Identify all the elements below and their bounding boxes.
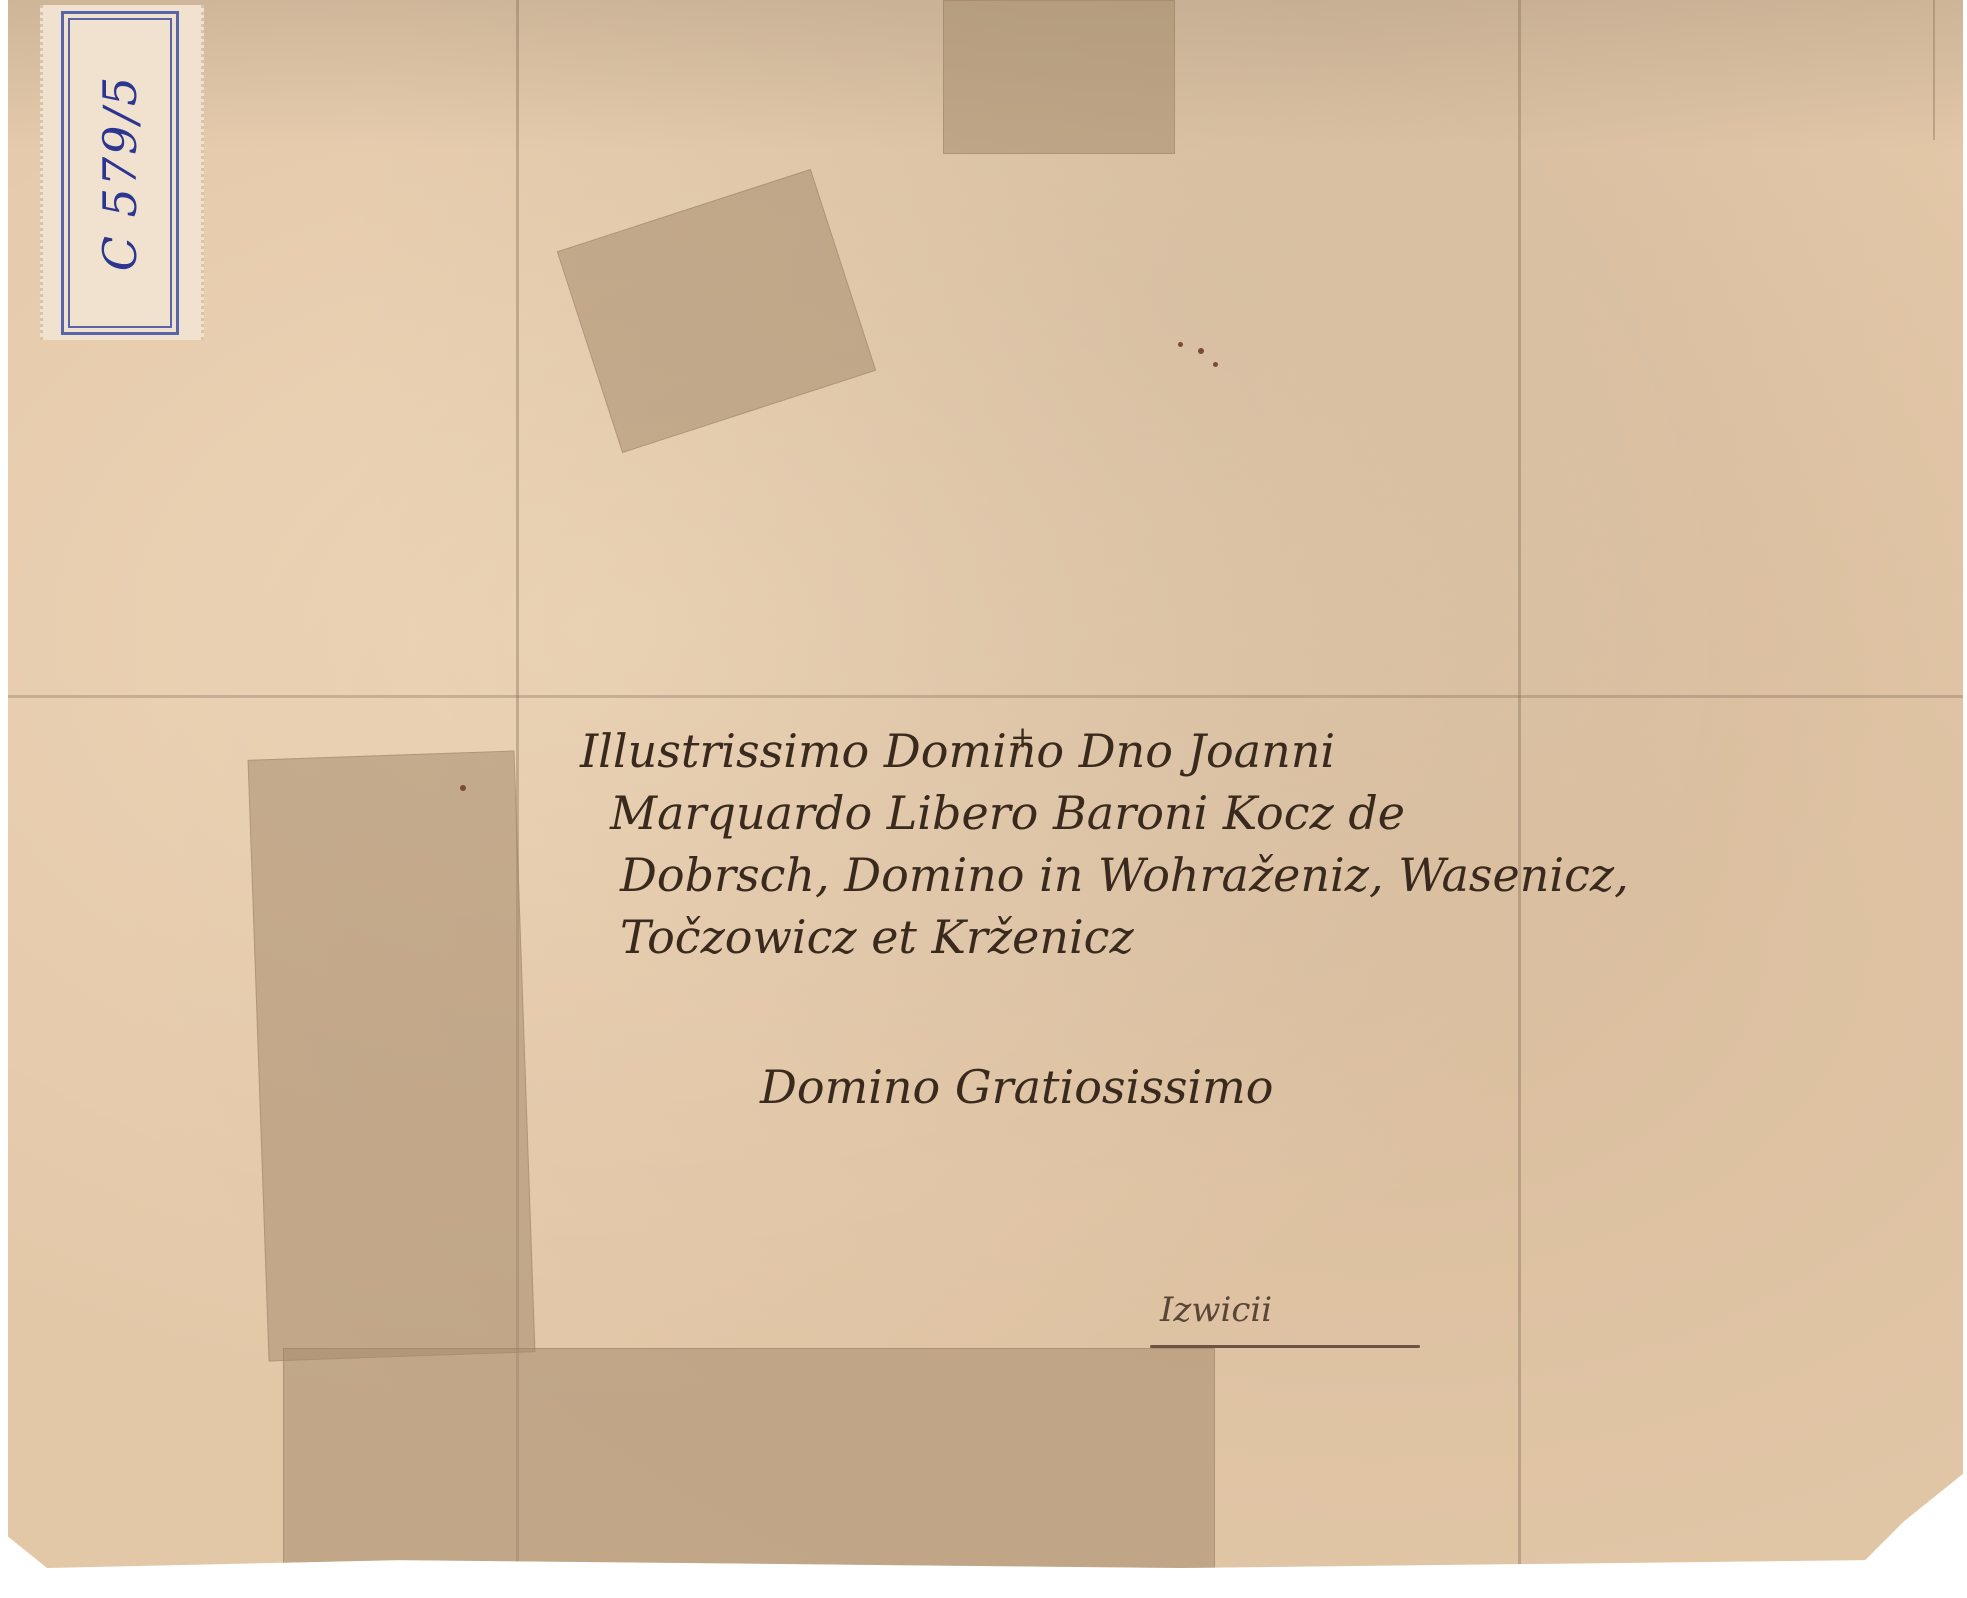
closing-salutation: Domino Gratiosissimo (760, 1060, 1273, 1114)
fold-line-middle (8, 695, 1963, 698)
address-line: Točzowicz et Krženicz (580, 906, 1480, 968)
ink-spot (1178, 342, 1183, 347)
tape-strip-left (248, 751, 536, 1362)
tape-patch-diagonal (557, 169, 876, 453)
address-line: Illustrissimo Domino Dno Joanni (580, 720, 1480, 782)
annotation-underline (1150, 1345, 1420, 1348)
archive-label: C 579/5 (40, 5, 204, 340)
annotation-note: Izwicii (1160, 1290, 1272, 1330)
fold-line-right (1518, 0, 1521, 1568)
address-line: Dobrsch, Domino in Wohraženiz, Wasenicz, (580, 844, 1480, 906)
address-line: Marquardo Libero Baroni Kocz de (580, 782, 1480, 844)
edge-crease (1933, 0, 1935, 140)
address-block: Illustrissimo Domino Dno Joanni Marquard… (580, 720, 1480, 968)
ink-spot (1198, 348, 1204, 354)
ink-spot (460, 785, 466, 791)
archive-label-frame: C 579/5 (61, 11, 179, 335)
tape-patch-top (943, 0, 1175, 154)
archive-label-text: C 579/5 (93, 75, 147, 271)
tape-strip-bottom (283, 1348, 1215, 1570)
ink-spot (1213, 362, 1218, 367)
